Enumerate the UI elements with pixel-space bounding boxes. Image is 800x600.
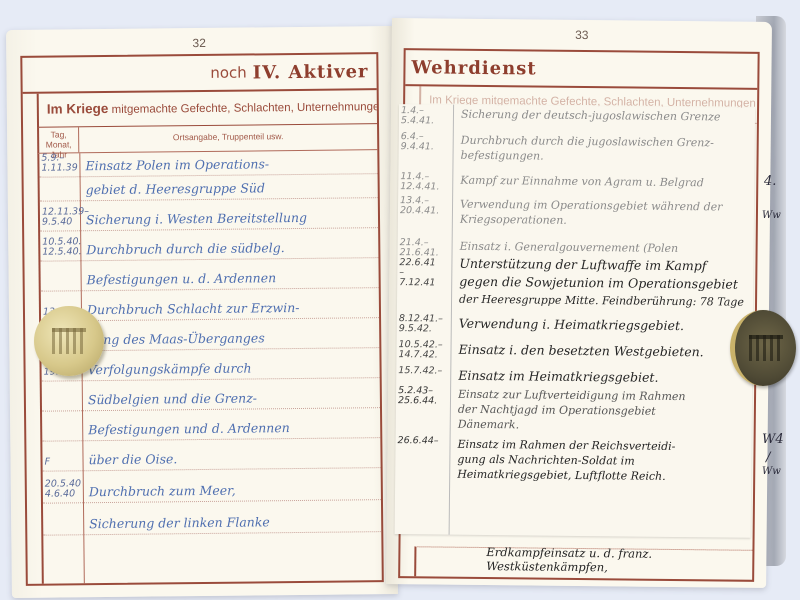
coin-right (730, 310, 796, 386)
entry-date (43, 531, 83, 534)
margin-note: Ww (762, 210, 781, 221)
brandenburg-gate-icon (52, 328, 86, 354)
section-heading-bold: Im Kriege (47, 101, 109, 117)
entry-text: gebiet d. Heeresgruppe Süd (80, 179, 378, 200)
list-item: 8.12.41.– 9.5.42. Verwendung i. Heimatkr… (397, 314, 753, 338)
entry-date: 10.5.40. 12.5.40. (40, 237, 80, 260)
table-row: 12.11.39– 9.5.40Sicherung i. Westen Bere… (40, 198, 378, 232)
table-row: 20.5.40 4.6.40Durchbruch zum Meer, (43, 468, 381, 504)
entry-date: 12.11.39– 9.5.40 (40, 207, 80, 230)
entry-text: Durchbruch durch die südbelg. (80, 239, 378, 260)
page-number: 33 (392, 26, 772, 44)
entry-text: Sicherung der linken Flanke (83, 513, 381, 534)
entry-date: 22.6.41 – 7.12.41 (397, 254, 454, 309)
margin-note: 4. (764, 174, 776, 189)
entry-text: Befestigungen und d. Ardennen (82, 419, 380, 440)
list-item: 1.4.–5.4.41. Sicherung der deutsch-jugos… (399, 106, 755, 130)
entry-line: Einsatz im Heimatkriegsgebiet. (458, 367, 752, 388)
page-title: Wehrdienst (411, 57, 536, 79)
entry-line: Heimatkriegsgebiet, Luftflotte Reich. (457, 467, 751, 485)
entry-date (40, 197, 80, 200)
entry-date: 11.4.–12.4.41. (398, 172, 454, 193)
entry-line: befestigungen. (460, 148, 754, 166)
entry-text: Sicherung i. Westen Bereitstellung (80, 209, 378, 230)
entry-date: F (43, 457, 83, 470)
right-page: 33 Wehrdienst Im Kriege mitgemachte Gefe… (386, 18, 772, 588)
entry-text: Befestigungen u. d. Ardennen (81, 269, 379, 290)
column-header-place: Ortsangabe, Truppenteil usw. (79, 124, 377, 152)
list-item: 15.7.42.– Einsatz im Heimatkriegsgebiet. (396, 366, 752, 388)
inserted-slip: 1.4.–5.4.41. Sicherung der deutsch-jugos… (395, 104, 755, 538)
right-title-band: Wehrdienst (405, 50, 757, 90)
entry-date: 6.4.–9.4.41. (398, 132, 454, 163)
table-row: 10.5.40. 12.5.40.Durchbruch durch die sü… (40, 228, 378, 262)
margin-note: Ww (762, 466, 781, 477)
table-row: gebiet d. Heeresgruppe Süd (40, 174, 378, 202)
entry-text: über die Oise. (82, 449, 380, 470)
section-heading-rest: mitgemachte Gefechte, Schlachten, Untern… (108, 101, 377, 116)
entry-line: Verwendung i. Heimatkriegsgebiet. (459, 315, 753, 336)
entry-text: Durchbruch Schlacht zur Erzwin- (81, 299, 379, 320)
bottom-row-text: Erdkampfeinsatz u. d. franz. Westküstenk… (486, 545, 752, 576)
entry-date: 20.5.40 4.6.40 (43, 479, 83, 502)
entry-date (42, 407, 82, 410)
entry-date: 13.4.–20.4.41. (398, 196, 454, 227)
bottom-row: Erdkampfeinsatz u. d. franz. Westküstenk… (414, 546, 752, 580)
table-row: Südbelgien und die Grenz- (42, 378, 380, 412)
entry-date: 8.12.41.– 9.5.42. (397, 314, 453, 335)
entry-text: gung des Maas-Überganges (81, 329, 379, 350)
coin-left (34, 306, 104, 376)
entry-text: Südbelgien und die Grenz- (82, 389, 380, 410)
entry-line: Sicherung der deutsch-jugoslawischen Gre… (461, 107, 755, 125)
table-row: Befestigungen und d. Ardennen (42, 408, 380, 442)
column-headers: Tag, Monat, Jahr Ortsangabe, Truppenteil… (37, 124, 377, 154)
left-title-band: noch IV. Aktiver (22, 54, 376, 94)
entry-date: 26.6.44– (395, 436, 451, 482)
list-item: 10.5.42.– 14.7.42. Einsatz i. den besetz… (396, 340, 752, 364)
list-item: 6.4.–9.4.41. Durchbruch durch die jugosl… (398, 132, 754, 166)
list-item: 5.2.43– 25.6.44. Einsatz zur Luftverteid… (396, 386, 752, 435)
entry-date (42, 437, 82, 440)
page-title: IV. Aktiver (253, 61, 369, 83)
list-item: 13.4.–20.4.41. Verwendung im Operationsg… (398, 196, 754, 230)
margin-note: / (766, 450, 770, 465)
entry-text: Durchbruch zum Meer, (83, 481, 381, 502)
table-row: Sicherung der linken Flanke (43, 500, 381, 536)
title-prefix: noch (210, 64, 247, 82)
brandenburg-gate-icon (749, 335, 783, 361)
military-record-book: 32 noch IV. Aktiver Im Kriege mitgemacht… (0, 0, 800, 600)
entry-text: Einsatz Polen im Operations- (79, 155, 377, 176)
entry-line: Kriegsoperationen. (460, 212, 754, 230)
entry-line: der Heeresgruppe Mitte. Feindberührung: … (459, 291, 753, 312)
entry-text: Verfolgungskämpfe durch (82, 359, 380, 380)
page-number: 32 (6, 34, 392, 52)
entry-date: 5.9.–1.11.39 (39, 153, 79, 176)
entry-line: Kampf zur Einnahme von Agram u. Belgrad (460, 173, 754, 191)
section-heading: Im Kriege mitgemachte Gefechte, Schlacht… (37, 90, 377, 128)
list-item: 22.6.41 – 7.12.41 Unterstützung der Luft… (397, 254, 754, 312)
entry-date (41, 287, 81, 290)
list-item: 11.4.–12.4.41. Kampf zur Einnahme von Ag… (398, 172, 754, 196)
table-row: 5.9.–1.11.39Einsatz Polen im Operations- (39, 150, 377, 178)
list-item: 26.6.44– Einsatz im Rahmen der Reichsver… (395, 436, 751, 485)
column-header-date: Tag, Monat, Jahr (39, 127, 79, 152)
entry-line: Einsatz i. Generalgouvernement (Polen (460, 239, 754, 257)
table-row: Füber die Oise. (42, 438, 380, 472)
entry-date: 5.2.43– 25.6.44. (396, 386, 452, 432)
entry-date: 15.7.42.– (396, 366, 452, 385)
margin-note: W4 (762, 432, 784, 447)
table-row: Befestigungen u. d. Ardennen (40, 258, 378, 292)
entry-line: Dänemark. (458, 417, 752, 435)
entry-line: Einsatz i. den besetzten Westgebieten. (458, 341, 752, 362)
entry-date: 10.5.42.– 14.7.42. (396, 340, 452, 361)
entry-date: 1.4.–5.4.41. (399, 106, 455, 127)
